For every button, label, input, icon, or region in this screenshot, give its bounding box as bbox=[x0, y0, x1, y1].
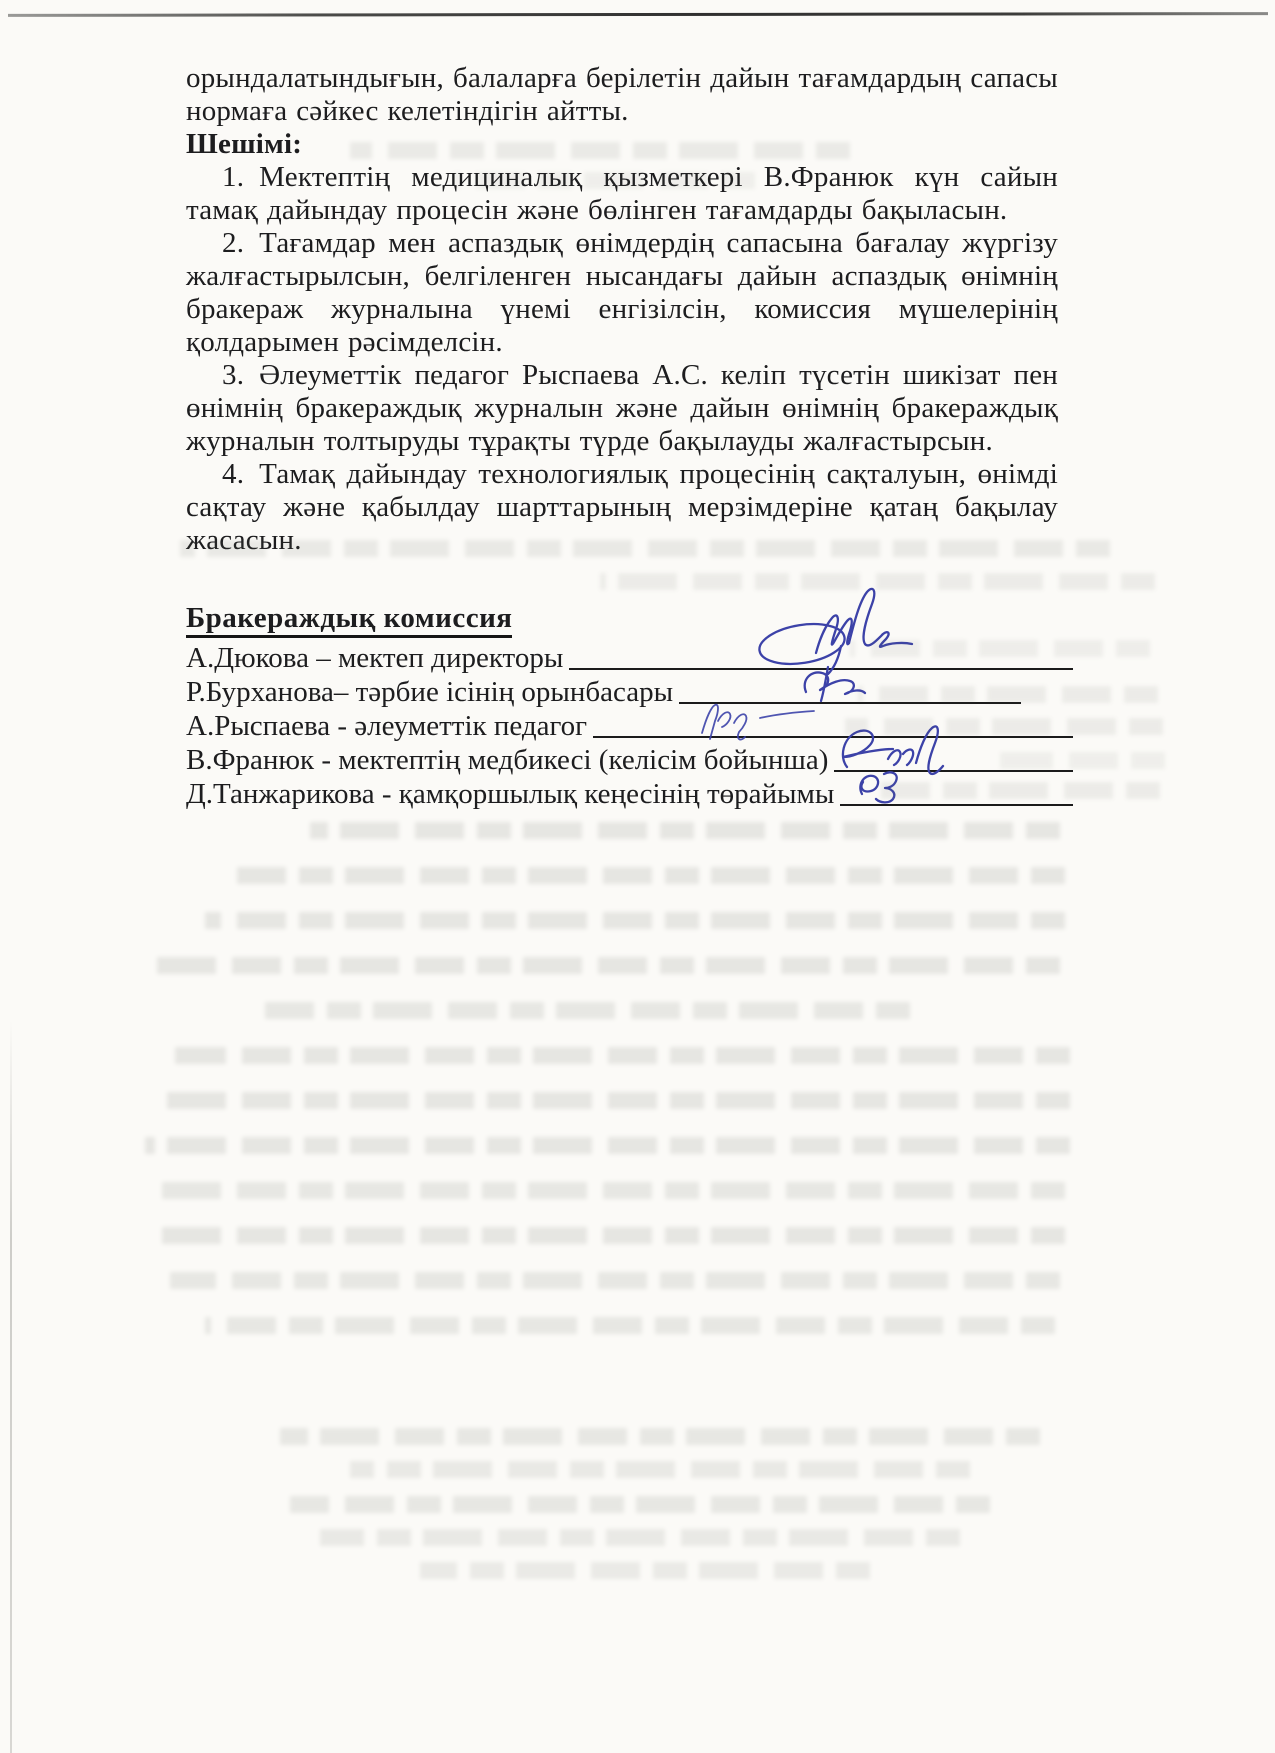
decision-item-3-text: Әлеуметтік педагог Рыспаева А.С. келіп т… bbox=[186, 359, 1058, 457]
decision-item-2-text: Тағамдар мен аспаздық өнімдердің сапасын… bbox=[186, 227, 1058, 358]
document-body: орындалатындығын, балаларға берілетін да… bbox=[186, 62, 1058, 557]
bleedthrough-text-smudge bbox=[155, 1092, 1070, 1109]
intro-paragraph: орындалатындығын, балаларға берілетін да… bbox=[186, 62, 1058, 128]
commission-block: Бракераждық комиссия А.Дюкова – мектеп д… bbox=[186, 601, 1073, 811]
bleedthrough-text-smudge bbox=[455, 172, 755, 189]
bleedthrough-text-smudge bbox=[850, 640, 1150, 657]
bleedthrough-text-smudge bbox=[1000, 752, 1165, 769]
bleedthrough-text-smudge bbox=[845, 718, 1163, 735]
bleedthrough-text-smudge bbox=[145, 1137, 1070, 1154]
bleedthrough-text-smudge bbox=[350, 1461, 970, 1478]
bleedthrough-text-smudge bbox=[205, 912, 1065, 929]
bleedthrough-text-smudge bbox=[205, 1317, 1055, 1334]
bleedthrough-text-smudge bbox=[160, 1182, 1065, 1199]
bleedthrough-text-smudge bbox=[420, 1562, 870, 1579]
bleedthrough-text-smudge bbox=[155, 957, 1060, 974]
bleedthrough-text-smudge bbox=[350, 142, 850, 159]
decision-item-1-text: Мектептің медициналық қызметкері В.Франю… bbox=[186, 161, 1058, 226]
bleedthrough-text-smudge bbox=[150, 1227, 1065, 1244]
bleedthrough-text-smudge bbox=[868, 782, 1160, 799]
bleedthrough-text-smudge bbox=[235, 867, 1065, 884]
commission-heading: Бракераждық комиссия bbox=[186, 601, 512, 638]
bleedthrough-text-smudge bbox=[320, 1529, 960, 1546]
decision-item-4-number: 4. bbox=[222, 458, 244, 490]
commission-member-label: А.Дюкова – мектеп директоры bbox=[186, 641, 563, 675]
bleedthrough-text-smudge bbox=[175, 1047, 1070, 1064]
decision-item-3-number: 3. bbox=[222, 359, 244, 391]
decision-item-2: 2.Тағамдар мен аспаздық өнімдердің сапас… bbox=[186, 227, 1058, 359]
bleedthrough-text-smudge bbox=[600, 573, 1155, 590]
bleedthrough-text-smudge bbox=[280, 1428, 1040, 1445]
bleedthrough-text-smudge bbox=[180, 540, 1110, 557]
bleedthrough-text-smudge bbox=[265, 1002, 910, 1019]
scanned-document-page: { "document": { "intro": "орындалатындығ… bbox=[0, 0, 1275, 1753]
scan-edge-top-line bbox=[8, 12, 1268, 17]
decision-item-1: 1.Мектептің медициналық қызметкері В.Фра… bbox=[186, 161, 1058, 227]
commission-member-row-franyuk: В.Франюк - мектептің медбикесі (келісім … bbox=[186, 743, 1073, 777]
commission-member-label: Р.Бурханова– тәрбие ісінің орынбасары bbox=[186, 675, 673, 709]
commission-member-label: В.Франюк - мектептің медбикесі (келісім … bbox=[186, 743, 828, 777]
decision-item-3: 3.Әлеуметтік педагог Рыспаева А.С. келіп… bbox=[186, 359, 1058, 458]
decision-item-2-number: 2. bbox=[222, 227, 244, 259]
bleedthrough-text-smudge bbox=[858, 686, 1158, 703]
scan-edge-left-line bbox=[10, 1020, 12, 1753]
commission-member-label: Д.Танжарикова - қамқоршылық кеңесінің тө… bbox=[186, 777, 834, 811]
bleedthrough-text-smudge bbox=[310, 822, 1060, 839]
commission-member-label: А.Рыспаева - әлеуметтік педагог bbox=[186, 709, 587, 743]
decision-item-1-number: 1. bbox=[222, 161, 244, 193]
bleedthrough-text-smudge bbox=[170, 1272, 1060, 1289]
bleedthrough-text-smudge bbox=[290, 1496, 990, 1513]
